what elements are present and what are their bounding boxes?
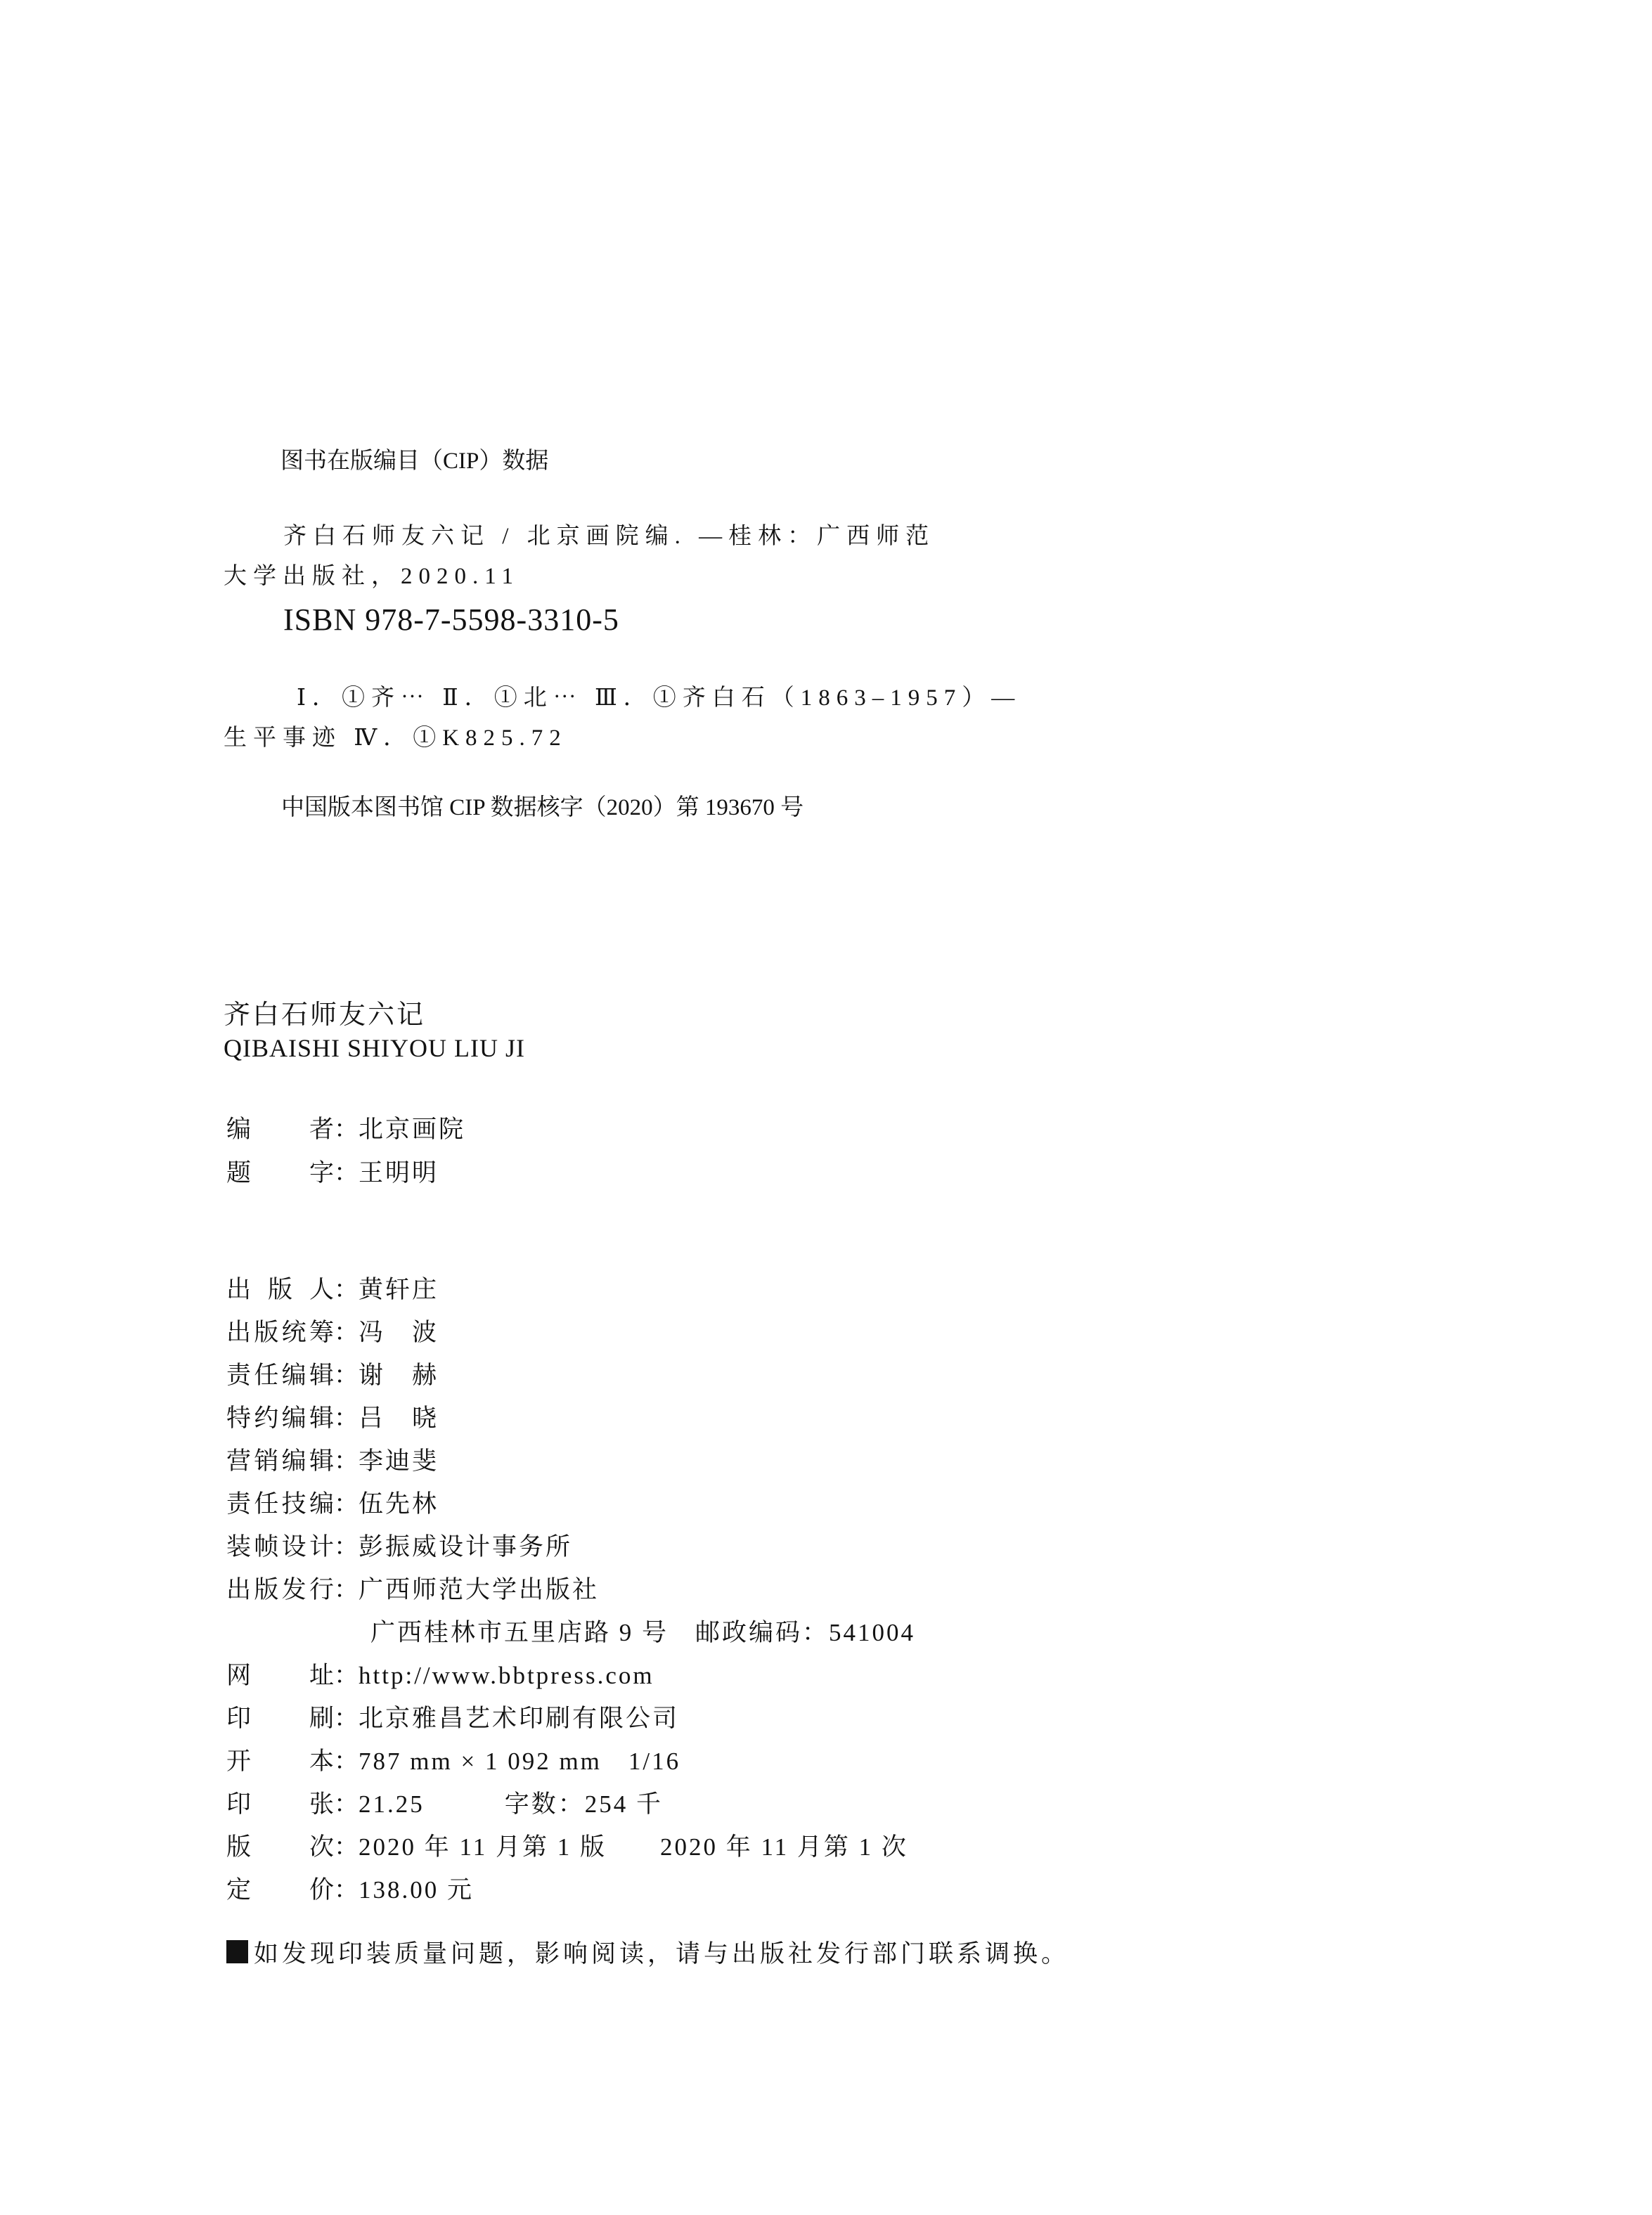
credit-row-publisher-person: 出版人：黄轩庄 (226, 1268, 915, 1311)
credit-value: 138.00 元 (359, 1876, 474, 1904)
cip-classification: Ⅰ．①齐⋯ Ⅱ．①北⋯ Ⅲ．①齐白石（1863–1957）— 生平事迹 Ⅳ．①K… (224, 678, 1419, 758)
credit-value: 吕 晓 (359, 1404, 439, 1432)
label-colon: ： (334, 1868, 359, 1911)
credit-value: 冯 波 (359, 1319, 439, 1346)
copyright-page: 图书在版编目（CIP）数据 齐白石师友六记 / 北京画院编. —桂林：广西师范 … (0, 0, 1652, 2215)
credit-label: 出版统筹 (226, 1311, 334, 1354)
cip-entry: 齐白石师友六记 / 北京画院编. —桂林：广西师范 大学出版社，2020.11 (224, 517, 1419, 597)
credit-label: 责任编辑 (226, 1354, 334, 1397)
credit-label: 题字 (226, 1151, 334, 1195)
label-colon: ： (334, 1654, 359, 1697)
publisher-address: 广西桂林市五里店路 9 号 邮政编码：541004 (370, 1619, 915, 1646)
credits-top-block: 编者：北京画院 题字：王明明 (226, 1108, 465, 1195)
credit-row-price: 定价：138.00 元 (226, 1868, 915, 1911)
credit-row-responsible-editor: 责任编辑：谢 赫 (226, 1354, 915, 1397)
credit-row-special-editor: 特约编辑：吕 晓 (226, 1397, 915, 1440)
label-colon: ： (334, 1483, 359, 1525)
credit-label: 出版人 (226, 1268, 334, 1311)
label-colon: ： (334, 1268, 359, 1311)
credit-row-website: 网址：http://www.bbtpress.com (226, 1654, 915, 1697)
credit-value: 21.25 字数：254 千 (359, 1790, 663, 1818)
label-colon: ： (334, 1354, 359, 1397)
publisher-address-row: 广西桂林市五里店路 9 号 邮政编码：541004 (226, 1611, 915, 1654)
credit-value: 北京画院 (359, 1116, 465, 1143)
credit-label: 出版发行 (226, 1568, 334, 1611)
credit-row-calligraphy: 题字：王明明 (226, 1151, 465, 1195)
cip-block: 图书在版编目（CIP）数据 齐白石师友六记 / 北京画院编. —桂林：广西师范 … (224, 441, 1419, 828)
label-colon: ： (334, 1108, 359, 1151)
label-colon: ： (334, 1397, 359, 1440)
credit-label: 版次 (226, 1826, 334, 1868)
cip-class-line1: Ⅰ．①齐⋯ Ⅱ．①北⋯ Ⅲ．①齐白石（1863–1957）— (224, 678, 1419, 718)
label-colon: ： (334, 1568, 359, 1611)
book-title-pinyin: QIBAISHI SHIYOU LIU JI (224, 1032, 525, 1064)
label-colon: ： (334, 1311, 359, 1354)
credit-row-design: 装帧设计：彭振威设计事务所 (226, 1525, 915, 1568)
credit-value: 李迪斐 (359, 1447, 439, 1475)
credit-value: 黄轩庄 (359, 1276, 439, 1303)
website-url: http://www.bbtpress.com (359, 1662, 654, 1689)
label-colon: ： (334, 1740, 359, 1783)
quality-note-text: 如发现印装质量问题，影响阅读，请与出版社发行部门联系调换。 (254, 1940, 1069, 1968)
filled-square-icon (226, 1940, 248, 1963)
credit-row-publisher: 出版发行：广西师范大学出版社 (226, 1568, 915, 1611)
credit-value: 王明明 (359, 1159, 439, 1187)
credit-value: 北京雅昌艺术印刷有限公司 (359, 1705, 679, 1732)
book-title-block: 齐白石师友六记 QIBAISHI SHIYOU LIU JI (224, 998, 525, 1064)
label-colon: ： (334, 1697, 359, 1740)
credit-label: 营销编辑 (226, 1440, 334, 1483)
credits-main-block: 出版人：黄轩庄 出版统筹：冯 波 责任编辑：谢 赫 特约编辑：吕 晓 营销编辑：… (226, 1268, 915, 1911)
credit-row-printer: 印刷：北京雅昌艺术印刷有限公司 (226, 1697, 915, 1740)
cip-heading: 图书在版编目（CIP）数据 (224, 441, 1419, 482)
credit-value: 伍先林 (359, 1490, 439, 1518)
credit-label: 责任技编 (226, 1483, 334, 1525)
credit-row-coordinator: 出版统筹：冯 波 (226, 1311, 915, 1354)
credit-value: 彭振威设计事务所 (359, 1533, 572, 1561)
cip-class-line2: 生平事迹 Ⅳ．①K825.72 (224, 718, 1419, 758)
credit-row-editor: 编者：北京画院 (226, 1108, 465, 1151)
credit-value: 广西师范大学出版社 (359, 1576, 599, 1603)
credit-label: 网址 (226, 1654, 334, 1697)
label-colon: ： (334, 1826, 359, 1868)
credit-row-format: 开本：787 mm × 1 092 mm 1/16 (226, 1740, 915, 1783)
cip-entry-line2: 大学出版社，2020.11 (224, 557, 1419, 597)
cip-entry-line1: 齐白石师友六记 / 北京画院编. —桂林：广西师范 (224, 517, 1419, 557)
credit-label: 编者 (226, 1108, 334, 1151)
credit-label: 印刷 (226, 1697, 334, 1740)
credit-row-technical-editor: 责任技编：伍先林 (226, 1483, 915, 1525)
credit-row-sheets: 印张：21.25 字数：254 千 (226, 1783, 915, 1826)
credit-row-marketing-editor: 营销编辑：李迪斐 (226, 1440, 915, 1483)
credit-label: 印张 (226, 1783, 334, 1826)
book-title-cn: 齐白石师友六记 (224, 998, 525, 1032)
credit-label: 定价 (226, 1868, 334, 1911)
isbn-number: ISBN 978-7-5598-3310-5 (224, 600, 1419, 640)
cip-record-number: 中国版本图书馆 CIP 数据核字（2020）第 193670 号 (224, 788, 1419, 828)
label-colon: ： (334, 1440, 359, 1483)
quality-note: 如发现印装质量问题，影响阅读，请与出版社发行部门联系调换。 (226, 1937, 1069, 1971)
credit-value: 2020 年 11 月第 1 版 2020 年 11 月第 1 次 (359, 1833, 908, 1861)
credit-label: 开本 (226, 1740, 334, 1783)
label-colon: ： (334, 1151, 359, 1195)
credit-label: 装帧设计 (226, 1525, 334, 1568)
credit-row-edition: 版次：2020 年 11 月第 1 版 2020 年 11 月第 1 次 (226, 1826, 915, 1868)
label-colon: ： (334, 1783, 359, 1826)
label-colon: ： (334, 1525, 359, 1568)
credit-value: 787 mm × 1 092 mm 1/16 (359, 1748, 680, 1775)
credit-label: 特约编辑 (226, 1397, 334, 1440)
credit-value: 谢 赫 (359, 1362, 439, 1389)
